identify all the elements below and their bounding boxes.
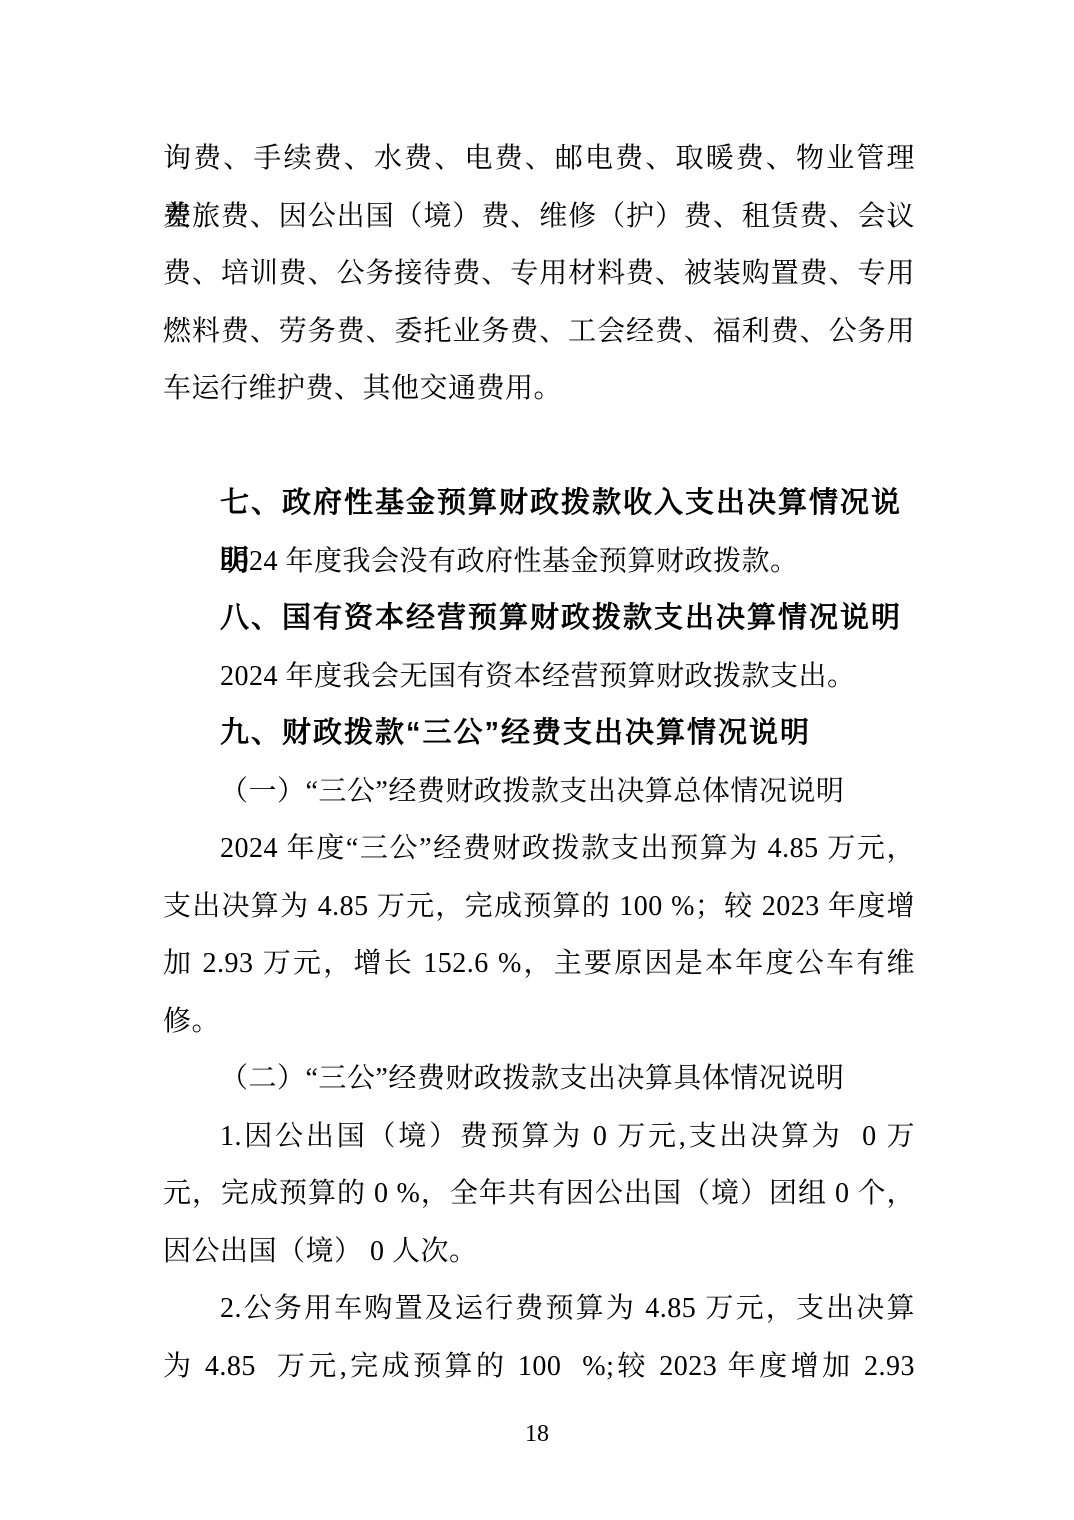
paragraph-line: 支出决算为 4.85 万元，完成预算的 100 %；较 2023 年度增 xyxy=(163,878,915,936)
paragraph-line: 1.因公出国（境）费预算为 0 万元,支出决算为 0 万 xyxy=(163,1108,915,1166)
section7-body: 2024 年度我会没有政府性基金预算财政拨款。 xyxy=(163,533,915,591)
paragraph-line: 修。 xyxy=(163,993,915,1051)
document-content: 询费、手续费、水费、电费、邮电费、取暖费、物业管理费、 差旅费、因公出国（境）费… xyxy=(163,130,915,1395)
paragraph-line: 燃料费、劳务费、委托业务费、工会经费、福利费、公务用 xyxy=(163,303,915,361)
section9-sub2-heading: （二）“三公”经费财政拨款支出决算具体情况说明 xyxy=(163,1050,915,1108)
section8-body: 2024 年度我会无国有资本经营预算财政拨款支出。 xyxy=(163,648,915,706)
paragraph-line: 费、培训费、公务接待费、专用材料费、被装购置费、专用 xyxy=(163,245,915,303)
blank-line xyxy=(163,418,915,476)
paragraph-line: 加 2.93 万元，增长 152.6 %，主要原因是本年度公车有维 xyxy=(163,935,915,993)
page-number: 18 xyxy=(0,1418,1074,1450)
paragraph-line: 为 4.85 万元,完成预算的 100 %;较 2023 年度增加 2.93 xyxy=(163,1338,915,1396)
paragraph-line: 因公出国（境） 0 人次。 xyxy=(163,1223,915,1281)
document-page: 询费、手续费、水费、电费、邮电费、取暖费、物业管理费、 差旅费、因公出国（境）费… xyxy=(0,0,1074,1520)
section9-sub1-heading: （一）“三公”经费财政拨款支出决算总体情况说明 xyxy=(163,763,915,821)
section9-heading: 九、财政拨款“三公”经费支出决算情况说明 xyxy=(163,705,915,763)
paragraph-line: 询费、手续费、水费、电费、邮电费、取暖费、物业管理费、 xyxy=(163,130,915,188)
paragraph-line: 车运行维护费、其他交通费用。 xyxy=(163,360,915,418)
paragraph-line: 2024 年度“三公”经费财政拨款支出预算为 4.85 万元， xyxy=(163,820,915,878)
paragraph-line: 元，完成预算的 0 %，全年共有因公出国（境）团组 0 个， xyxy=(163,1165,915,1223)
paragraph-line: 2.公务用车购置及运行费预算为 4.85 万元，支出决算 xyxy=(163,1280,915,1338)
section7-heading: 七、政府性基金预算财政拨款收入支出决算情况说明 xyxy=(163,475,915,533)
paragraph-line: 差旅费、因公出国（境）费、维修（护）费、租赁费、会议 xyxy=(163,188,915,246)
section8-heading: 八、国有资本经营预算财政拨款支出决算情况说明 xyxy=(163,590,915,648)
